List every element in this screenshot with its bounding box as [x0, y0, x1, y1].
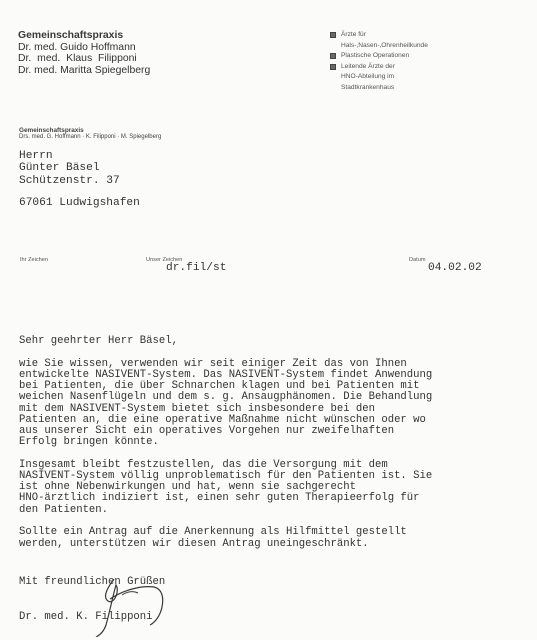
body-line: weichen Nasenflügeln und dem s. g. Ansau…: [19, 392, 529, 403]
recipient-name: Günter Bäsel: [19, 162, 140, 174]
letterhead-practice: Gemeinschaftspraxis Dr. med. Guido Hoffm…: [18, 30, 150, 76]
body-line: Sollte ein Antrag auf die Anerkennung al…: [19, 527, 529, 538]
specialty-text: Stadtkrankenhaus: [330, 83, 428, 94]
paragraph-2: Insgesamt bleibt festzustellen, das die …: [19, 460, 529, 516]
return-address-title: Gemeinschaftspraxis: [19, 127, 161, 134]
return-address-line: Drs. med. G. Hoffmann · K. Filipponi · M…: [19, 134, 161, 141]
practice-name: Gemeinschaftspraxis: [18, 30, 150, 42]
paragraph-3: Sollte ein Antrag auf die Anerkennung al…: [19, 527, 529, 549]
letterhead-specialties: Ärzte für Hals-,Nasen-,Ohrenheilkunde Pl…: [330, 30, 428, 94]
recipient-salutation: Herrn: [19, 150, 140, 162]
specialty-text: Hals-,Nasen-,Ohrenheilkunde: [330, 41, 428, 52]
specialty-item: Ärzte für: [330, 30, 428, 41]
greeting: Sehr geehrter Herr Bäsel,: [19, 336, 529, 347]
date-label: Datum: [409, 257, 425, 263]
checkbox-bullet-icon: [330, 53, 336, 59]
recipient-street: Schützenstr. 37: [19, 175, 140, 187]
checkbox-bullet-icon: [330, 64, 336, 70]
body-line: Erfolg bringen könnte.: [19, 437, 529, 448]
paragraph-1: wie Sie wissen, verwenden wir seit einig…: [19, 359, 529, 449]
our-reference-value: dr.fil/st: [166, 262, 226, 274]
specialty-text: Leitende Ärzte der: [341, 62, 395, 73]
letter-body: Sehr geehrter Herr Bäsel, wie Sie wissen…: [19, 336, 529, 550]
recipient-city: 67061 Ludwigshafen: [19, 197, 140, 209]
your-reference-label: Ihr Zeichen: [20, 257, 48, 263]
signature-icon: [92, 577, 182, 637]
checkbox-bullet-icon: [330, 32, 336, 38]
recipient-address: Herrn Günter Bäsel Schützenstr. 37 67061…: [19, 150, 140, 210]
body-line: werden, unterstützen wir diesen Antrag u…: [19, 539, 529, 550]
doctor-name: Dr. med. Klaus Filipponi: [18, 53, 150, 65]
doctor-name: Dr. med. Maritta Spiegelberg: [18, 65, 150, 77]
return-address: Gemeinschaftspraxis Drs. med. G. Hoffman…: [19, 127, 161, 141]
specialty-text: HNO-Abteilung im: [330, 72, 428, 83]
specialty-item: Plastische Operationen: [330, 51, 428, 62]
specialty-item: Leitende Ärzte der: [330, 62, 428, 73]
doctor-name: Dr. med. Guido Hoffmann: [18, 42, 150, 54]
body-line: HNO-ärztlich indiziert ist, einen sehr g…: [19, 493, 529, 504]
specialty-text: Ärzte für: [341, 30, 366, 41]
date-value: 04.02.02: [428, 262, 482, 274]
body-line: den Patienten.: [19, 505, 529, 516]
specialty-text: Plastische Operationen: [341, 51, 409, 62]
